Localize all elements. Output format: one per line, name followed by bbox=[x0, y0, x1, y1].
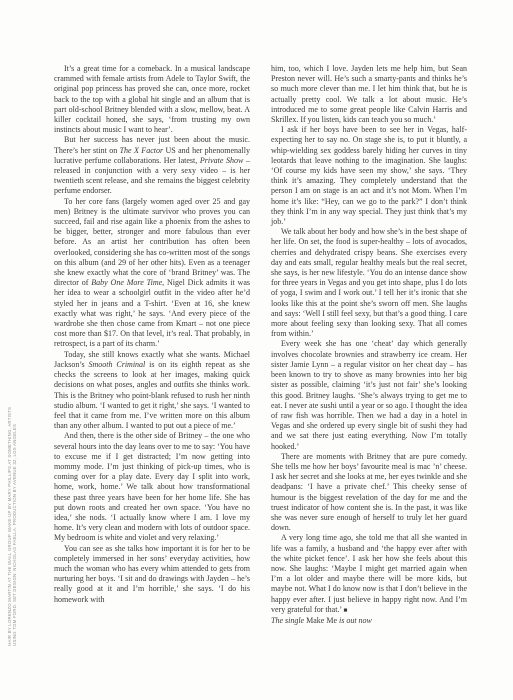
footer-note: The single Make Me is out now bbox=[271, 616, 467, 626]
body-text: is on its eighth repeat as she checks th… bbox=[54, 360, 250, 430]
italic-text: is out now bbox=[337, 616, 372, 625]
credit-line-2: USING TOM FORD. SET DESIGN: NICHOLAS FAE… bbox=[12, 386, 17, 646]
body-text: A very long time ago, she told me that a… bbox=[271, 533, 467, 613]
italic-text: Baby One More Time, bbox=[91, 278, 164, 287]
body-text: Nigel Dick admits it was her idea to wea… bbox=[54, 278, 250, 348]
paragraph: There are moments with Britney that are … bbox=[271, 452, 467, 534]
body-text: To her core fans (largely women aged ove… bbox=[54, 197, 250, 288]
body-text: Make Me bbox=[306, 616, 337, 625]
body-text: him, too, which I love. Jayden lets me h… bbox=[271, 64, 467, 124]
magazine-page: HAIR BY LORENZO MARTIN AT THE WALL GROUP… bbox=[0, 0, 513, 700]
paragraph: It’s a great time for a comeback. In a m… bbox=[54, 64, 250, 135]
paragraph: Every week she has one ‘cheat’ day which… bbox=[271, 339, 467, 451]
italic-text: Smooth Criminal bbox=[89, 360, 146, 369]
paragraph: You can see as she talks how important i… bbox=[54, 544, 250, 605]
paragraph: And then, there is the other side of Bri… bbox=[54, 431, 250, 543]
italic-text: The X Factor bbox=[120, 146, 163, 155]
italic-text: Private Show bbox=[200, 156, 244, 165]
body-text: You can see as she talks how important i… bbox=[54, 544, 250, 604]
body-text: Every week she has one ‘cheat’ day which… bbox=[271, 339, 467, 450]
paragraph: We talk about her body and how she’s in … bbox=[271, 227, 467, 339]
body-text: I ask if her boys have been to see her i… bbox=[271, 125, 467, 226]
article-body: It’s a great time for a comeback. In a m… bbox=[54, 64, 467, 626]
body-text: It’s a great time for a comeback. In a m… bbox=[54, 64, 250, 134]
paragraph: him, too, which I love. Jayden lets me h… bbox=[271, 64, 467, 125]
paragraph: But her success has never just been abou… bbox=[54, 135, 250, 196]
paragraph: To her core fans (largely women aged ove… bbox=[54, 197, 250, 350]
body-text: There are moments with Britney that are … bbox=[271, 452, 467, 532]
paragraph: Today, she still knows exactly what she … bbox=[54, 350, 250, 432]
italic-text: The single bbox=[271, 616, 306, 625]
article-column-right: him, too, which I love. Jayden lets me h… bbox=[271, 64, 467, 626]
article-column-left: It’s a great time for a comeback. In a m… bbox=[54, 64, 250, 626]
end-mark: ■ bbox=[343, 607, 347, 614]
paragraph: I ask if her boys have been to see her i… bbox=[271, 125, 467, 227]
photo-credits: HAIR BY LORENZO MARTIN AT THE WALL GROUP… bbox=[7, 386, 18, 646]
body-text: And then, there is the other side of Bri… bbox=[54, 431, 250, 542]
paragraph: A very long time ago, she told me that a… bbox=[271, 533, 467, 616]
body-text: We talk about her body and how she’s in … bbox=[271, 227, 467, 338]
